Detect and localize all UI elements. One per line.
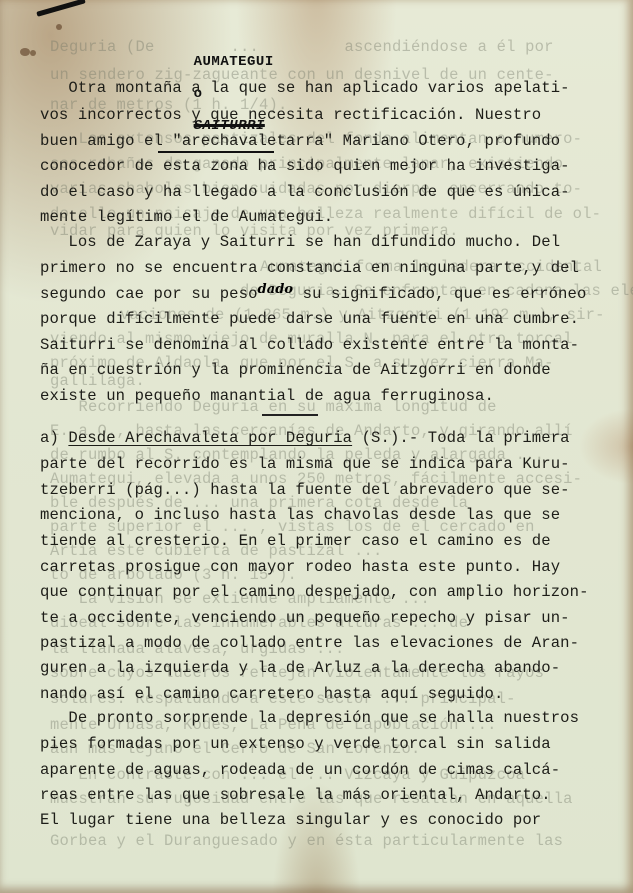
text-line: buen amigo el "arechavaletarra" Mariano … [40,132,560,150]
text-line: conocedor de esta zona ha sido quien mej… [40,157,570,175]
text-line: De pronto sorprende la depresión que se … [40,709,579,727]
text-line: aparente de aguas, rodeada de un cordón … [40,761,560,779]
section-heading-line: a) Desde Arechavaleta por Deguria (S.).-… [40,429,570,447]
text-line: tiende al cresterio. En el primer caso e… [40,532,551,550]
handwritten-insert: dado [258,282,294,297]
text-line: vos incorrectos y que necesita rectifica… [40,106,541,124]
ink-stain [20,48,30,56]
text-line: carretas prosigue con mayor rodeo hasta … [40,558,560,576]
text-line: segundo cae por su pesodado su significa… [40,285,586,303]
text-fragment: su significado, que es erróneo [293,285,586,303]
ink-stain [30,50,36,56]
text-line: mente legítimo el de Aumategui. [40,208,333,226]
text-line: menciona, o incluso hasta las chavolas d… [40,506,560,524]
section-heading: Desde Arechavaleta por Deguria [68,429,352,447]
text-line: do el caso y ha llegado a la conclusión … [40,183,570,201]
text-line: reas entre las que sobresale la más orie… [40,786,551,804]
text-line: tzeberri (pág...) hasta la fuente del ab… [40,481,570,499]
overline-mark [262,414,318,416]
text-line: nando así el camino carretero hasta aquí… [40,685,503,703]
text-line: Otra montaña a la que se han aplicado va… [40,79,570,97]
bleed-line: Gorbea y el Duranguesado y en ésta parti… [50,832,563,850]
text-line: te a occidente, venciendo un pequeño rep… [40,609,570,627]
text-line: primero no se encuentra constancia en ni… [40,259,579,277]
text-line: El lugar tiene una belleza singular y es… [40,811,541,829]
section-label: a) [40,429,68,447]
text-fragment: (S.).- Toda la primera [352,429,570,447]
text-line: ña en cuestrión y la prominencia de Aitz… [40,361,551,379]
text-line: pies formadas por un extenso y verde tor… [40,735,551,753]
text-line: parte del recorrido es la misma que se i… [40,455,570,473]
document-page: Deguria (De ... ascendiéndose a él por u… [0,0,633,893]
text-line: Saiturri se denomina al collado existent… [40,336,579,354]
document-body: Otra montaña a la que se han aplicado va… [40,0,630,684]
text-line: que continuar por el camino despejado, c… [40,583,589,601]
text-line: guren a la izquierda y la de Arluz a la … [40,659,560,677]
text-line: Los de Zaraya y Saiturri se han difundid… [40,233,560,251]
text-line: pastizal a modo de collado entre las ele… [40,634,579,652]
text-line: porque difícilmente puede darse una fuen… [40,310,579,328]
text-line: existe un pequeño manantial de agua ferr… [40,387,494,405]
text-fragment: segundo cae por su peso [40,285,258,303]
